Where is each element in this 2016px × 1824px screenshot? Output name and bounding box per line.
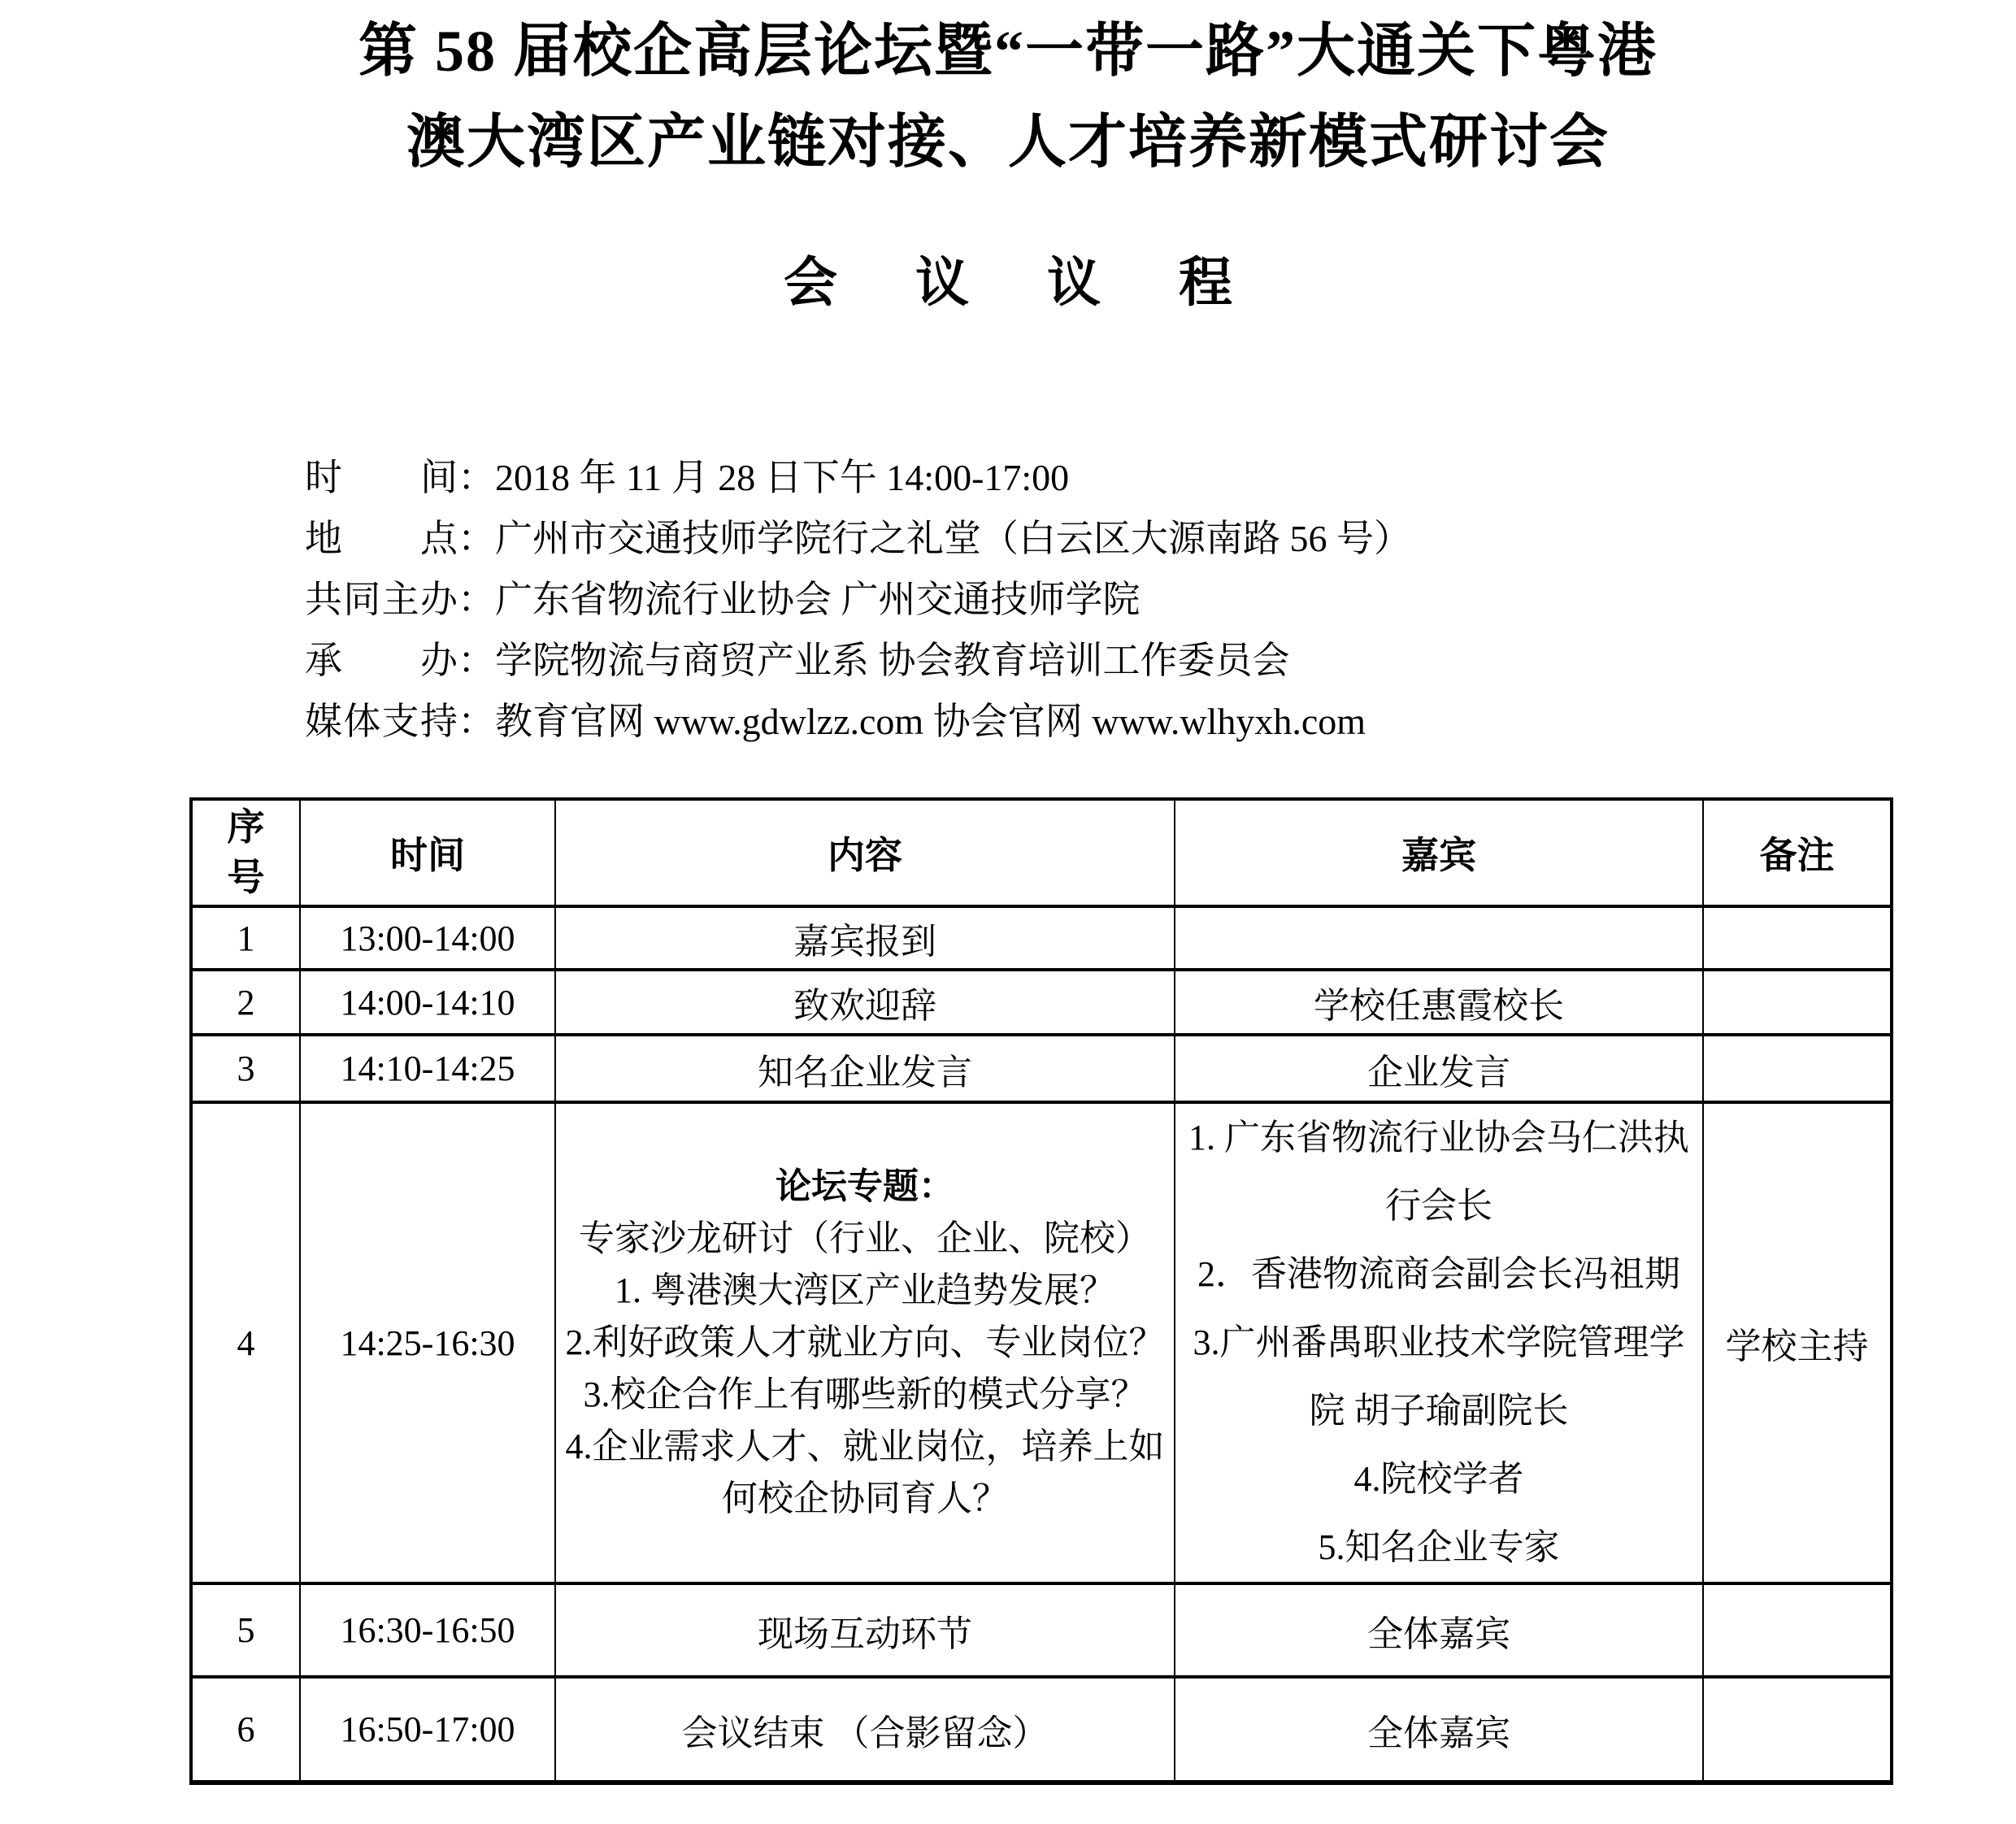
table-row: 6 16:50-17:00 会议结束 （合影留念） 全体嘉宾 — [191, 1677, 1892, 1783]
conference-agenda-page: 第 58 届校企高层论坛暨“一带一路”大通关下粤港 澳大湾区产业链对接、人才培养… — [0, 0, 2016, 1824]
cell-note — [1703, 1035, 1892, 1102]
table-header-row: 序号 时间 内容 嘉宾 备注 — [191, 799, 1892, 906]
info-value: 教育官网 www.gdwlzz.com 协会官网 www.wlhyxh.com — [495, 691, 1366, 752]
table-row: 1 13:00-14:00 嘉宾报到 — [191, 906, 1892, 970]
info-line-media: 媒体支持：教育官网 www.gdwlzz.com 协会官网 www.wlhyxh… — [305, 691, 1411, 752]
cell-guest-forum: 1. 广东省物流行业协会马仁洪执行会长2．香港物流商会副会长冯祖期3.广州番禺职… — [1175, 1102, 1703, 1583]
cell-line: 专家沙龙研讨（行业、企业、院校） — [556, 1213, 1174, 1265]
info-line-cohosts: 共同主办：广东省物流行业协会 广州交通技师学院 — [305, 569, 1411, 630]
cell-guest: 学校任惠霞校长 — [1175, 970, 1703, 1035]
info-colon: ： — [458, 508, 495, 569]
cell-note: 学校主持 — [1703, 1102, 1892, 1583]
cell-no: 6 — [191, 1677, 300, 1783]
info-value: 广州市交通技师学院行之礼堂（白云区大源南路 56 号） — [495, 508, 1411, 569]
cell-time: 14:10-14:25 — [300, 1035, 555, 1102]
header-cell-note: 备注 — [1703, 799, 1892, 906]
cell-line: 2．香港物流商会副会长冯祖期 — [1175, 1240, 1702, 1309]
meeting-info-block: 时间：2018 年 11 月 28 日下午 14:00-17:00 地点：广州市… — [305, 447, 1411, 752]
header-label: 序号 — [225, 802, 267, 903]
info-label: 地点 — [305, 508, 458, 569]
header-cell-content: 内容 — [555, 799, 1175, 906]
cell-line: 3.广州番禺职业技术学院管理学院 胡子瑜副院长 — [1175, 1309, 1702, 1445]
info-label: 承办 — [305, 630, 458, 691]
info-line-place: 地点：广州市交通技师学院行之礼堂（白云区大源南路 56 号） — [305, 508, 1411, 569]
info-colon: ： — [458, 630, 495, 691]
cell-content: 致欢迎辞 — [555, 970, 1175, 1035]
cell-content: 嘉宾报到 — [555, 906, 1175, 970]
table-row-forum: 4 14:25-16:30 论坛专题： 专家沙龙研讨（行业、企业、院校）1. 粤… — [191, 1102, 1892, 1583]
cell-line: 2.利好政策人才就业方向、专业岗位？ — [556, 1317, 1174, 1369]
header-cell-no: 序号 — [191, 799, 300, 906]
header-cell-guest: 嘉宾 — [1175, 799, 1703, 906]
cell-no: 3 — [191, 1035, 300, 1102]
cell-no: 5 — [191, 1583, 300, 1677]
cell-note — [1703, 970, 1892, 1035]
cell-line: 4.院校学者 — [1175, 1445, 1702, 1513]
cell-guest: 全体嘉宾 — [1175, 1583, 1703, 1677]
cell-content: 现场互动环节 — [555, 1583, 1175, 1677]
forum-guest-lines: 1. 广东省物流行业协会马仁洪执行会长2．香港物流商会副会长冯祖期3.广州番禺职… — [1175, 1104, 1702, 1582]
cell-time: 16:50-17:00 — [300, 1677, 555, 1783]
info-label: 时间 — [305, 447, 458, 508]
cell-time: 14:25-16:30 — [300, 1102, 555, 1583]
cell-time: 16:30-16:50 — [300, 1583, 555, 1677]
cell-no: 4 — [191, 1102, 300, 1583]
page-subtitle: 会议议程 — [0, 239, 2016, 316]
info-value: 学院物流与商贸产业系 协会教育培训工作委员会 — [495, 630, 1290, 691]
cell-line: 5.知名企业专家 — [1175, 1513, 1702, 1582]
info-line-time: 时间：2018 年 11 月 28 日下午 14:00-17:00 — [305, 447, 1411, 508]
cell-time: 14:00-14:10 — [300, 970, 555, 1035]
table-row: 2 14:00-14:10 致欢迎辞 学校任惠霞校长 — [191, 970, 1892, 1035]
forum-topic-heading: 论坛专题： — [556, 1161, 1174, 1213]
info-label: 共同主办 — [305, 569, 458, 630]
cell-note — [1703, 1677, 1892, 1783]
info-colon: ： — [458, 569, 495, 630]
cell-line: 1. 粤港澳大湾区产业趋势发展？ — [556, 1265, 1174, 1317]
cell-no: 2 — [191, 970, 300, 1035]
cell-time: 13:00-14:00 — [300, 906, 555, 970]
cell-content: 会议结束 （合影留念） — [555, 1677, 1175, 1783]
info-label: 媒体支持 — [305, 691, 458, 752]
cell-note — [1703, 1583, 1892, 1677]
cell-guest: 企业发言 — [1175, 1035, 1703, 1102]
cell-note — [1703, 906, 1892, 970]
cell-content-forum: 论坛专题： 专家沙龙研讨（行业、企业、院校）1. 粤港澳大湾区产业趋势发展？2.… — [555, 1102, 1175, 1583]
info-colon: ： — [458, 447, 495, 508]
cell-line: 3.校企合作上有哪些新的模式分享？ — [556, 1369, 1174, 1421]
table-row: 3 14:10-14:25 知名企业发言 企业发言 — [191, 1035, 1892, 1102]
cell-line: 1. 广东省物流行业协会马仁洪执行会长 — [1175, 1104, 1702, 1240]
info-value: 2018 年 11 月 28 日下午 14:00-17:00 — [495, 447, 1069, 508]
header-cell-time: 时间 — [300, 799, 555, 906]
forum-topic-lines: 专家沙龙研讨（行业、企业、院校）1. 粤港澳大湾区产业趋势发展？2.利好政策人才… — [556, 1213, 1174, 1525]
cell-guest — [1175, 906, 1703, 970]
cell-content: 知名企业发言 — [555, 1035, 1175, 1102]
cell-guest: 全体嘉宾 — [1175, 1677, 1703, 1783]
page-title-line-1: 第 58 届校企高层论坛暨“一带一路”大通关下粤港 — [0, 16, 2016, 86]
cell-no: 1 — [191, 906, 300, 970]
info-value: 广东省物流行业协会 广州交通技师学院 — [495, 569, 1141, 630]
table-row: 5 16:30-16:50 现场互动环节 全体嘉宾 — [191, 1583, 1892, 1677]
info-colon: ： — [458, 691, 495, 752]
cell-line: 4.企业需求人才、就业岗位，培养上如何校企协同育人？ — [556, 1421, 1174, 1525]
info-line-organizer: 承办：学院物流与商贸产业系 协会教育培训工作委员会 — [305, 630, 1411, 691]
agenda-table: 序号 时间 内容 嘉宾 备注 1 13:00-14:00 嘉宾报到 2 14:0… — [189, 797, 1893, 1785]
page-title-line-2: 澳大湾区产业链对接、人才培养新模式研讨会 — [0, 107, 2016, 177]
